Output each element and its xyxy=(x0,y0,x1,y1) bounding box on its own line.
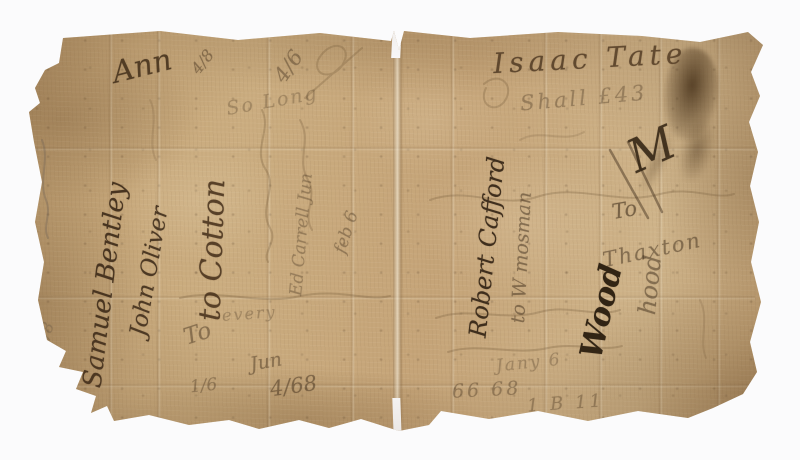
inscription-to-mosman: to W mosman xyxy=(506,127,539,388)
center-fold-seam xyxy=(393,28,403,438)
fold-split-top xyxy=(391,26,402,58)
inscription-jun: Jun xyxy=(249,350,284,374)
inscription-66-68: 66 68 xyxy=(452,379,522,402)
inscription-samuel-bentley: Samuel Bentley xyxy=(74,135,136,436)
paper-note: Isaac Tate Shall £43 Ann 4/8 4/6 So Long… xyxy=(0,0,800,460)
inscription-1-6: 1/6 xyxy=(189,377,218,397)
inscription-ann: Ann xyxy=(109,45,175,89)
inscription-every: every xyxy=(222,304,278,324)
inscription-feb-6: feb 6 xyxy=(323,182,370,282)
fold-split-bottom xyxy=(392,398,401,438)
inscription-fraction-46: 4/6 xyxy=(271,47,308,87)
fold-crease xyxy=(450,30,455,430)
scan-background: Isaac Tate Shall £43 Ann 4/8 4/6 So Long… xyxy=(0,0,800,460)
inscription-1-b-11: 1 B 11 xyxy=(526,392,604,415)
inscription-6-8: 6/8 xyxy=(27,304,63,366)
inscription-to-upper: To xyxy=(610,198,638,223)
inscription-shall-amount: Shall £43 xyxy=(519,82,648,114)
inscription-jany-6: Jany 6 xyxy=(495,352,562,376)
inscription-ed-carrell: Ed Carrell Jun xyxy=(282,104,322,364)
inscription-4-68: 4/68 xyxy=(269,373,319,400)
inscription-fraction-48: 4/8 xyxy=(189,47,217,77)
